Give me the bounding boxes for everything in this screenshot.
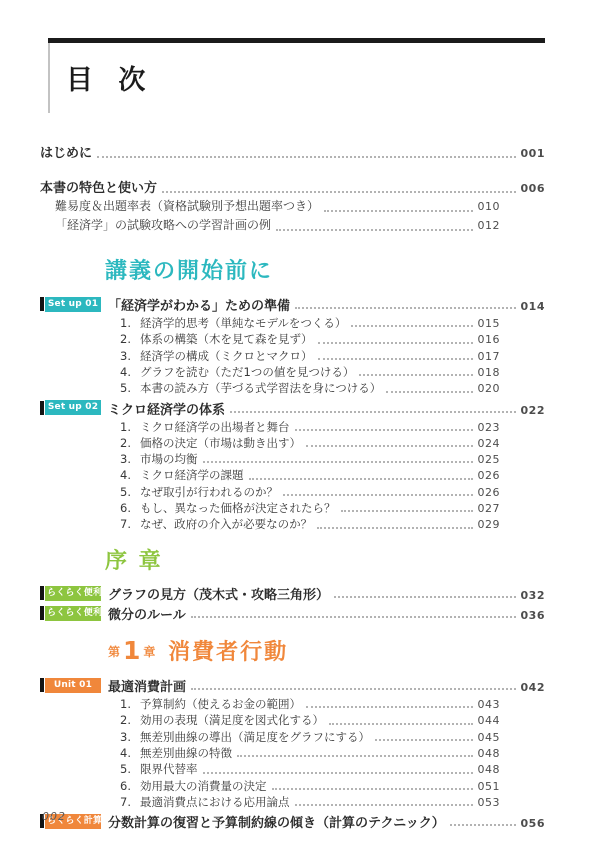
- chapter-number: 1: [123, 636, 140, 665]
- section-heading-chapter1: 第1章 消費者行動: [105, 634, 545, 668]
- dotted-leader: [346, 315, 477, 331]
- page-number: 044: [478, 714, 501, 727]
- item-label: グラフを読む（ただ1つの値を見つける）: [140, 364, 354, 380]
- chapter-title: 消費者行動: [168, 640, 288, 665]
- item-label: 経済学的思考（単純なモデルをつくる）: [140, 315, 346, 331]
- toc-item: 3.無差別曲線の導出（満足度をグラフにする）045: [120, 729, 500, 745]
- toc-item: 1.ミクロ経済学の出場者と舞台023: [120, 419, 500, 435]
- item-number: 7.: [120, 795, 140, 809]
- toc-item: 6.効用最大の消費量の決定051: [120, 778, 500, 794]
- chapter-suffix: 章: [143, 645, 155, 659]
- dotted-leader: [244, 467, 478, 483]
- toc-item: 7.最適消費点における応用論点053: [120, 794, 500, 810]
- dotted-leader: [92, 142, 521, 162]
- dotted-leader: [267, 778, 478, 794]
- dotted-leader: [186, 676, 521, 694]
- item-number: 3.: [120, 730, 140, 744]
- dotted-leader: [290, 295, 521, 313]
- page-number: 020: [478, 382, 501, 395]
- dotted-leader: [157, 177, 521, 197]
- item-number: 6.: [120, 779, 140, 793]
- item-number: 3.: [120, 452, 140, 466]
- page-number: 045: [478, 731, 501, 744]
- setup-badge: Set up 01: [40, 297, 101, 312]
- toc-item: 3.市場の均衡025: [120, 451, 500, 467]
- item-number: 6.: [120, 501, 140, 515]
- item-label: 市場の均衡: [140, 451, 198, 467]
- badge-bar: [40, 678, 44, 692]
- item-number: 5.: [120, 762, 140, 776]
- entry-label: はじめに: [40, 142, 92, 161]
- toc-group-setup02: Set up 02 ミクロ経済学の体系 022: [40, 399, 545, 417]
- group-title: 「経済学がわかる」ための準備: [108, 295, 290, 314]
- page-number: 042: [521, 681, 545, 694]
- toc-item: 6.もし、異なった価格が決定されたら？027: [120, 500, 500, 516]
- group-title: ミクロ経済学の体系: [108, 399, 225, 418]
- toc-entry: 「経済学」の試験攻略への学習計画の例 012: [55, 216, 545, 235]
- entry-label: 本書の特色と使い方: [40, 177, 157, 196]
- toc-item: 1.予算制約（使えるお金の範囲）043: [120, 696, 500, 712]
- item-label: 限界代替率: [140, 761, 198, 777]
- item-list: 1.予算制約（使えるお金の範囲）043 2.効用の表現（満足度を図式化する）04…: [120, 696, 500, 810]
- page-number: 051: [478, 780, 501, 793]
- badge-label: Unit 01: [45, 678, 101, 693]
- page-number: 026: [478, 486, 501, 499]
- item-label: 価格の決定（市場は動き出す）: [140, 435, 301, 451]
- entry-label: 「経済学」の試験攻略への学習計画の例: [55, 216, 271, 233]
- toc-entry: はじめに 001: [40, 142, 545, 162]
- page-number: 006: [521, 182, 545, 195]
- item-label: ミクロ経済学の課題: [140, 467, 244, 483]
- group-title: 微分のルール: [108, 604, 186, 623]
- item-number: 1.: [120, 697, 140, 711]
- page-number: 036: [521, 609, 545, 622]
- badge-label: Set up 01: [45, 297, 101, 312]
- page-number: 032: [521, 589, 545, 602]
- item-label: 本書の読み方（芋づる式学習法を身につける）: [140, 380, 381, 396]
- dotted-leader: [198, 761, 478, 777]
- dotted-leader: [313, 348, 478, 364]
- unit-badge: Unit 01: [40, 678, 101, 693]
- benri-badge: らくらく便利: [40, 586, 101, 601]
- toc-group-keisan: らくらく計算 分数計算の復習と予算制約線の傾き（計算のテクニック） 056: [40, 812, 545, 830]
- item-label: 無差別曲線の導出（満足度をグラフにする）: [140, 729, 370, 745]
- section-heading-pre-lecture: 講義の開始前に: [105, 257, 545, 287]
- badge-bar: [40, 606, 44, 620]
- item-list: 1.経済学的思考（単純なモデルをつくる）015 2.体系の構築（木を見て森を見ず…: [120, 315, 500, 396]
- group-title: 最適消費計画: [108, 676, 186, 695]
- dotted-leader: [301, 696, 478, 712]
- item-number: 1.: [120, 420, 140, 434]
- badge-label: らくらく便利: [45, 586, 101, 601]
- page-number: 053: [478, 796, 501, 809]
- toc-item: 2.体系の構築（木を見て森を見ず）016: [120, 331, 500, 347]
- dotted-leader: [336, 500, 478, 516]
- item-number: 5.: [120, 485, 140, 499]
- badge-label: らくらく便利: [45, 606, 101, 621]
- page-number: 015: [478, 317, 501, 330]
- page-number: 027: [478, 502, 501, 515]
- toc-item: 5.本書の読み方（芋づる式学習法を身につける）020: [120, 380, 500, 396]
- page-number: 026: [478, 469, 501, 482]
- dotted-leader: [301, 435, 478, 451]
- item-number: 3.: [120, 349, 140, 363]
- item-list: 1.ミクロ経済学の出場者と舞台023 2.価格の決定（市場は動き出す）024 3…: [120, 419, 500, 533]
- dotted-leader: [381, 380, 477, 396]
- page-number: 025: [478, 453, 501, 466]
- page-number: 022: [521, 404, 545, 417]
- toc-item: 4.無差別曲線の特徴048: [120, 745, 500, 761]
- toc-group-benri1: らくらく便利 グラフの見方（茂木式・攻略三角形） 032: [40, 584, 545, 602]
- item-number: 1.: [120, 316, 140, 330]
- dotted-leader: [278, 484, 478, 500]
- item-number: 2.: [120, 332, 140, 346]
- dotted-leader: [225, 399, 521, 417]
- page-header: 目 次: [48, 38, 545, 97]
- setup-badge: Set up 02: [40, 400, 101, 415]
- table-of-contents: はじめに 001 本書の特色と使い方 006 難易度＆出題率表（資格試験別予想出…: [40, 142, 545, 830]
- item-label: 無差別曲線の特徴: [140, 745, 232, 761]
- item-number: 7.: [120, 517, 140, 531]
- toc-item: 2.効用の表現（満足度を図式化する）044: [120, 712, 500, 728]
- entry-label: 難易度＆出題率表（資格試験別予想出題率つき）: [55, 197, 319, 214]
- item-label: 経済学の構成（ミクロとマクロ）: [140, 348, 313, 364]
- page-number: 016: [478, 333, 501, 346]
- group-title: 分数計算の復習と予算制約線の傾き（計算のテクニック）: [108, 812, 445, 831]
- item-label: 効用の表現（満足度を図式化する）: [140, 712, 324, 728]
- badge-bar: [40, 297, 44, 311]
- page-number: 043: [478, 698, 501, 711]
- page-number: 018: [478, 366, 501, 379]
- dotted-leader: [312, 516, 477, 532]
- toc-group-setup01: Set up 01 「経済学がわかる」ための準備 014: [40, 295, 545, 313]
- toc-group-benri2: らくらく便利 微分のルール 036: [40, 604, 545, 622]
- dotted-leader: [324, 712, 478, 728]
- dotted-leader: [329, 584, 521, 602]
- page-number: 012: [478, 219, 501, 232]
- toc-item: 5.なぜ取引が行われるのか？026: [120, 484, 500, 500]
- dotted-leader: [290, 794, 478, 810]
- badge-bar: [40, 586, 44, 600]
- toc-entry: 本書の特色と使い方 006: [40, 177, 545, 197]
- item-label: なぜ、政府の介入が必要なのか？: [140, 516, 312, 532]
- item-number: 4.: [120, 468, 140, 482]
- page-number: 014: [521, 300, 545, 313]
- page-number: 048: [478, 763, 501, 776]
- page-number: 024: [478, 437, 501, 450]
- page-number: 029: [478, 518, 501, 531]
- dotted-leader: [354, 364, 477, 380]
- item-label: 効用最大の消費量の決定: [140, 778, 267, 794]
- item-number: 5.: [120, 381, 140, 395]
- page-number: 001: [521, 147, 545, 160]
- toc-item: 2.価格の決定（市場は動き出す）024: [120, 435, 500, 451]
- item-number: 4.: [120, 365, 140, 379]
- item-label: もし、異なった価格が決定されたら？: [140, 500, 336, 516]
- toc-item: 1.経済学的思考（単純なモデルをつくる）015: [120, 315, 500, 331]
- dotted-leader: [271, 216, 477, 235]
- item-number: 2.: [120, 713, 140, 727]
- toc-item: 4.ミクロ経済学の課題026: [120, 467, 500, 483]
- toc-item: 5.限界代替率048: [120, 761, 500, 777]
- chapter-prefix: 第: [108, 645, 120, 659]
- item-label: なぜ取引が行われるのか？: [140, 484, 278, 500]
- item-label: ミクロ経済学の出場者と舞台: [140, 419, 290, 435]
- dotted-leader: [319, 197, 477, 216]
- badge-bar: [40, 401, 44, 415]
- toc-item: 4.グラフを読む（ただ1つの値を見つける）018: [120, 364, 500, 380]
- dotted-leader: [198, 451, 478, 467]
- dotted-leader: [186, 604, 521, 622]
- page-number: 048: [478, 747, 501, 760]
- dotted-leader: [313, 331, 478, 347]
- page-number: 056: [521, 817, 545, 830]
- toc-entry: 難易度＆出題率表（資格試験別予想出題率つき） 010: [55, 197, 545, 216]
- dotted-leader: [232, 745, 478, 761]
- item-number: 2.: [120, 436, 140, 450]
- folio-page-number: 002: [42, 810, 66, 823]
- item-label: 体系の構築（木を見て森を見ず）: [140, 331, 313, 347]
- dotted-leader: [445, 812, 521, 830]
- page-number: 023: [478, 421, 501, 434]
- page-number: 010: [478, 200, 501, 213]
- toc-item: 7.なぜ、政府の介入が必要なのか？029: [120, 516, 500, 532]
- section-heading-intro-chapter: 序 章: [105, 547, 545, 577]
- dotted-leader: [370, 729, 478, 745]
- benri-badge: らくらく便利: [40, 606, 101, 621]
- page-number: 017: [478, 350, 501, 363]
- item-label: 最適消費点における応用論点: [140, 794, 290, 810]
- badge-label: Set up 02: [45, 400, 101, 415]
- page-title: 目 次: [48, 43, 545, 97]
- dotted-leader: [290, 419, 478, 435]
- item-label: 予算制約（使えるお金の範囲）: [140, 696, 301, 712]
- toc-item: 3.経済学の構成（ミクロとマクロ）017: [120, 348, 500, 364]
- group-title: グラフの見方（茂木式・攻略三角形）: [108, 584, 329, 603]
- toc-group-unit01: Unit 01 最適消費計画 042: [40, 676, 545, 694]
- item-number: 4.: [120, 746, 140, 760]
- header-left-rule: [48, 43, 50, 113]
